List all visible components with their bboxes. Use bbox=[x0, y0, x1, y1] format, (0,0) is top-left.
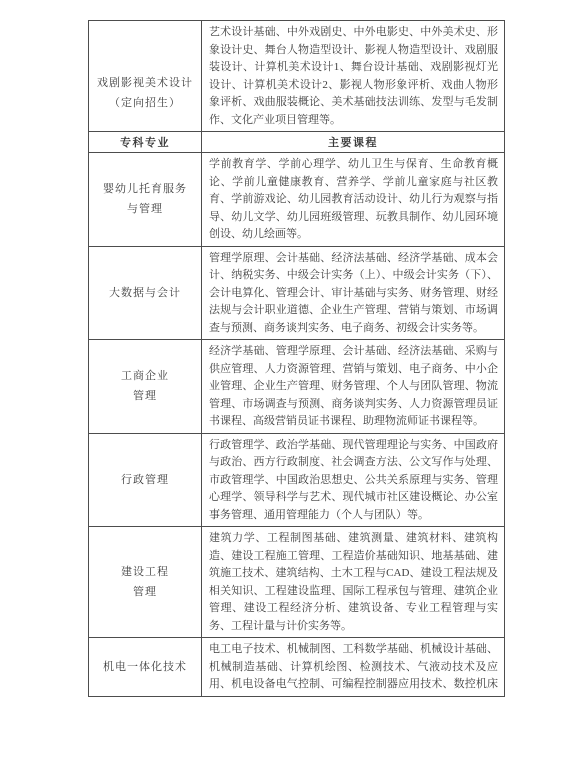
major-cell-public-administration: 行政管理 bbox=[89, 433, 202, 527]
table-row: 婴幼儿托育服务 与管理 学前教育学、学前心理学、幼儿卫生与保育、生命教育概论、学… bbox=[89, 153, 505, 247]
major-cell-drama-film-art-design: 戏剧影视美术设计 （定向招生） bbox=[89, 21, 202, 132]
courses-text: 电工电子技术、机械制图、工科数学基础、机械设计基础、机械制造基础、计算机绘图、检… bbox=[209, 641, 498, 694]
table-row: 行政管理 行政管理学、政治学基础、现代管理理论与实务、中国政府与政治、西方行政制… bbox=[89, 433, 505, 527]
table-row: 戏剧影视美术设计 （定向招生） 艺术设计基础、中外戏剧史、中外电影史、中外美术史… bbox=[89, 21, 505, 132]
major-name-line: 机电一体化技术 bbox=[89, 657, 201, 677]
courses-cell-construction-engineering-management: 建筑力学、工程制图基础、建筑测量、建筑材料、建筑构造、建设工程施工管理、工程造价… bbox=[202, 527, 505, 638]
courses-cell-business-enterprise-management: 经济学基础、管理学原理、会计基础、经济法基础、采购与供应管理、人力资源管理、营销… bbox=[202, 340, 505, 434]
courses-text: 建筑力学、工程制图基础、建筑测量、建筑材料、建筑构造、建设工程施工管理、工程造价… bbox=[209, 530, 498, 635]
major-name-line: 与管理 bbox=[89, 199, 201, 219]
major-cell-big-data-accounting: 大数据与会计 bbox=[89, 246, 202, 340]
courses-text: 学前教育学、学前心理学、幼儿卫生与保育、生命教育概论、学前儿童健康教育、营养学、… bbox=[209, 156, 498, 244]
courses-cell-public-administration: 行政管理学、政治学基础、现代管理理论与实务、中国政府与政治、西方行政制度、社会调… bbox=[202, 433, 505, 527]
courses-text: 经济学基础、管理学原理、会计基础、经济法基础、采购与供应管理、人力资源管理、营销… bbox=[209, 343, 498, 431]
major-name-line: 建设工程 bbox=[89, 562, 201, 582]
courses-cell-big-data-accounting: 管理学原理、会计基础、经济法基础、经济学基础、成本会计、纳税实务、中级会计实务（… bbox=[202, 246, 505, 340]
major-name-line: 管理 bbox=[89, 582, 201, 602]
table-row: 大数据与会计 管理学原理、会计基础、经济法基础、经济学基础、成本会计、纳税实务、… bbox=[89, 246, 505, 340]
major-cell-construction-engineering-management: 建设工程 管理 bbox=[89, 527, 202, 638]
majors-courses-table: 戏剧影视美术设计 （定向招生） 艺术设计基础、中外戏剧史、中外电影史、中外美术史… bbox=[88, 20, 505, 697]
table-header-row: 专科专业 主要课程 bbox=[89, 132, 505, 153]
major-cell-business-enterprise-management: 工商企业 管理 bbox=[89, 340, 202, 434]
major-name-line: 管理 bbox=[89, 386, 201, 406]
table-row: 机电一体化技术 电工电子技术、机械制图、工科数学基础、机械设计基础、机械制造基础… bbox=[89, 638, 505, 697]
major-name-line: 工商企业 bbox=[89, 366, 201, 386]
major-name-line: （定向招生） bbox=[89, 93, 201, 113]
major-name-line: 行政管理 bbox=[89, 470, 201, 490]
table-row: 工商企业 管理 经济学基础、管理学原理、会计基础、经济法基础、采购与供应管理、人… bbox=[89, 340, 505, 434]
table-row: 建设工程 管理 建筑力学、工程制图基础、建筑测量、建筑材料、建筑构造、建设工程施… bbox=[89, 527, 505, 638]
major-name-line: 戏剧影视美术设计 bbox=[89, 73, 201, 93]
header-main-courses-column: 主要课程 bbox=[202, 132, 505, 153]
courses-cell-mechatronics-technology: 电工电子技术、机械制图、工科数学基础、机械设计基础、机械制造基础、计算机绘图、检… bbox=[202, 638, 505, 697]
document-page: 戏剧影视美术设计 （定向招生） 艺术设计基础、中外戏剧史、中外电影史、中外美术史… bbox=[0, 0, 577, 760]
courses-cell-drama-film-art-design: 艺术设计基础、中外戏剧史、中外电影史、中外美术史、形象设计史、舞台人物造型设计、… bbox=[202, 21, 505, 132]
header-college-major-column: 专科专业 bbox=[89, 132, 202, 153]
courses-text: 行政管理学、政治学基础、现代管理理论与实务、中国政府与政治、西方行政制度、社会调… bbox=[209, 437, 498, 525]
major-cell-mechatronics-technology: 机电一体化技术 bbox=[89, 638, 202, 697]
major-name-line: 婴幼儿托育服务 bbox=[89, 179, 201, 199]
courses-cell-infant-care-management: 学前教育学、学前心理学、幼儿卫生与保育、生命教育概论、学前儿童健康教育、营养学、… bbox=[202, 153, 505, 247]
courses-text: 艺术设计基础、中外戏剧史、中外电影史、中外美术史、形象设计史、舞台人物造型设计、… bbox=[209, 24, 498, 129]
major-name-line: 大数据与会计 bbox=[89, 283, 201, 303]
courses-text: 管理学原理、会计基础、经济法基础、经济学基础、成本会计、纳税实务、中级会计实务（… bbox=[209, 250, 498, 338]
major-cell-infant-care-management: 婴幼儿托育服务 与管理 bbox=[89, 153, 202, 247]
